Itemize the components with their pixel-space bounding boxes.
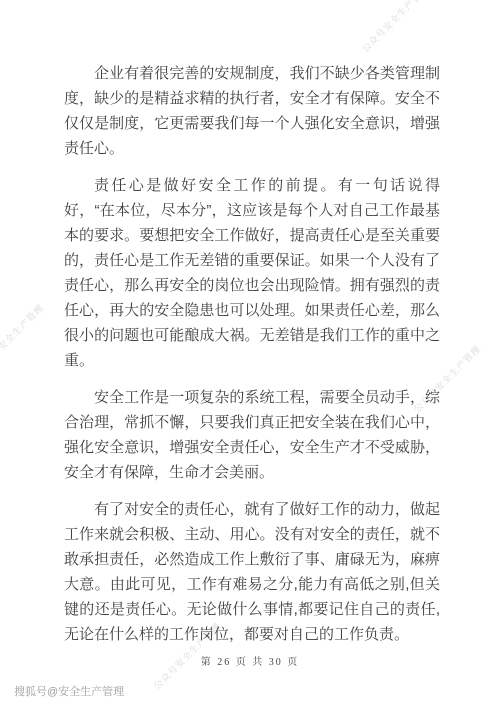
paragraph: 责任心是做好安全工作的前提。有一句话说得好，“在本位，尽本分”，这应该是每个人对… — [64, 173, 440, 373]
source-watermark: 搜狐号@安全生产管理 — [14, 683, 124, 699]
paragraph: 企业有着很完善的安规制度，我们不缺少各类管理制度，缺少的是精益求精的执行者，安全… — [64, 61, 440, 161]
diagonal-watermark: 公众号安全生产管理 — [359, 0, 432, 55]
paragraph: 有了对安全的责任心，就有了做好工作的动力，做起工作来就会积极、主动、用心。没有对… — [64, 497, 440, 647]
page-number-indicator: 第 26 页 共 30 页 — [0, 653, 500, 668]
document-page: 公众号安全生产管理 公众号安全生产管理 公众号安全生产管理 公众号安全生产管理 … — [0, 0, 500, 707]
diagonal-watermark: 公众号安全生产管理 — [0, 301, 46, 374]
paragraph: 安全工作是一项复杂的系统工程，需要全员动手，综合治理，常抓不懈，只要我们真正把安… — [64, 385, 440, 485]
document-body: 企业有着很完善的安规制度，我们不缺少各类管理制度，缺少的是精益求精的执行者，安全… — [64, 61, 440, 659]
